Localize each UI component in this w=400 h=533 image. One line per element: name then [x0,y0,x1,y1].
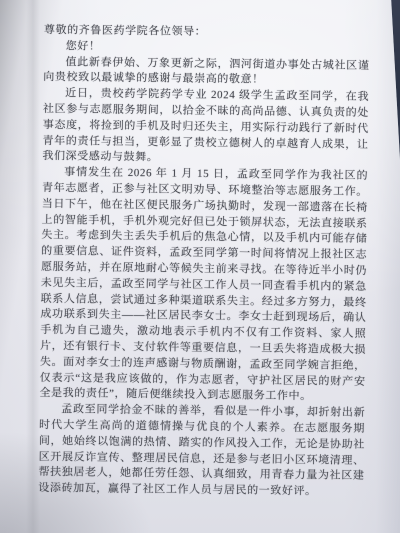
paragraph-commendation-intro: 值此新春伊始、万象更新之际，泗河街道办事处古城社区谨向贵校致以最诚挚的感谢与最崇… [43,55,369,91]
letter-photo: 尊敬的齐鲁医药学院各位领导： 您好！ 值此新春伊始、万象更新之际，泗河街道办事处… [0,0,400,533]
letter-body: 尊敬的齐鲁医药学院各位领导： 您好！ 值此新春伊始、万象更新之际，泗河街道办事处… [38,23,370,501]
paragraph-incident-details: 事情发生在 2026 年 1 月 15 日，孟政至同学作为我社区的青年志愿者，正… [39,165,368,406]
paragraph-student-deed-summary: 近日，贵校药学院药学专业 2024 级学生孟政至同学，在我社区参与志愿服务期间，… [42,86,369,169]
letter-paper: 尊敬的齐鲁医药学院各位领导： 您好！ 值此新春伊始、万象更新之际，泗河街道办事处… [0,0,400,533]
paragraph-praise-conclusion: 孟政至同学拾金不昧的善举，看似是一件小事，却折射出新时代大学生高尚的道德情操与优… [38,402,365,501]
